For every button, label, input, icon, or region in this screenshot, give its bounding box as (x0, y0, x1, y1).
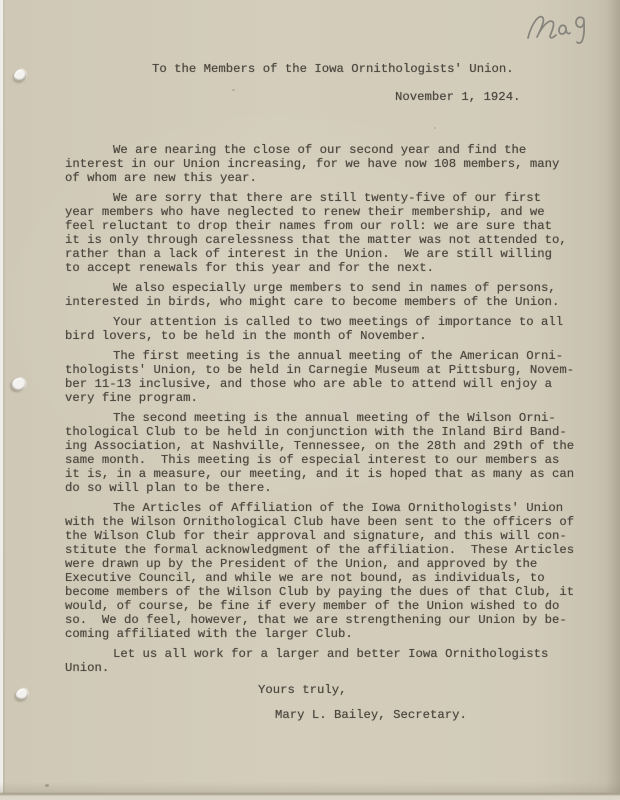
scan-speck (434, 127, 436, 129)
paper-edge-bottom (0, 782, 620, 800)
paragraphs-block: We are nearing the close of our second y… (65, 143, 585, 675)
valediction-line: Yours truly, (258, 683, 585, 697)
scanned-letter-page: No9 To the Members of the Iowa Ornitholo… (0, 0, 620, 800)
signature-line: Mary L. Bailey, Secretary. (275, 708, 585, 722)
pencil-no9-icon (524, 4, 596, 52)
date-line: November 1, 1924. (395, 90, 585, 104)
paragraph-second-meeting: The second meeting is the annual meeting… (65, 411, 585, 495)
paragraph-membership-growth: We are nearing the close of our second y… (65, 143, 585, 185)
punch-hole-top (13, 69, 27, 83)
salutation-line: To the Members of the Iowa Ornithologist… (152, 62, 585, 76)
paragraph-two-meetings: Your attention is called to two meetings… (65, 315, 585, 343)
punch-hole-middle (11, 377, 26, 392)
paragraph-urge-names: We also especially urge members to send … (65, 281, 585, 309)
scan-speck (232, 89, 235, 91)
handwritten-annotation: No9 (524, 4, 596, 52)
annotation-text: No9 (524, 52, 525, 53)
letter-body: To the Members of the Iowa Ornithologist… (65, 62, 585, 722)
paper-edge-right-shadow (606, 0, 620, 800)
paragraph-articles-affiliation: The Articles of Affiliation of the Iowa … (65, 501, 585, 641)
punch-hole-bottom (15, 688, 28, 700)
paragraph-renewals: We are sorry that there are still twenty… (65, 191, 585, 275)
paragraph-closing-appeal: Let us all work for a larger and better … (65, 647, 585, 675)
paragraph-first-meeting: The first meeting is the annual meeting … (65, 349, 585, 405)
paper-edge-left (3, 0, 5, 800)
